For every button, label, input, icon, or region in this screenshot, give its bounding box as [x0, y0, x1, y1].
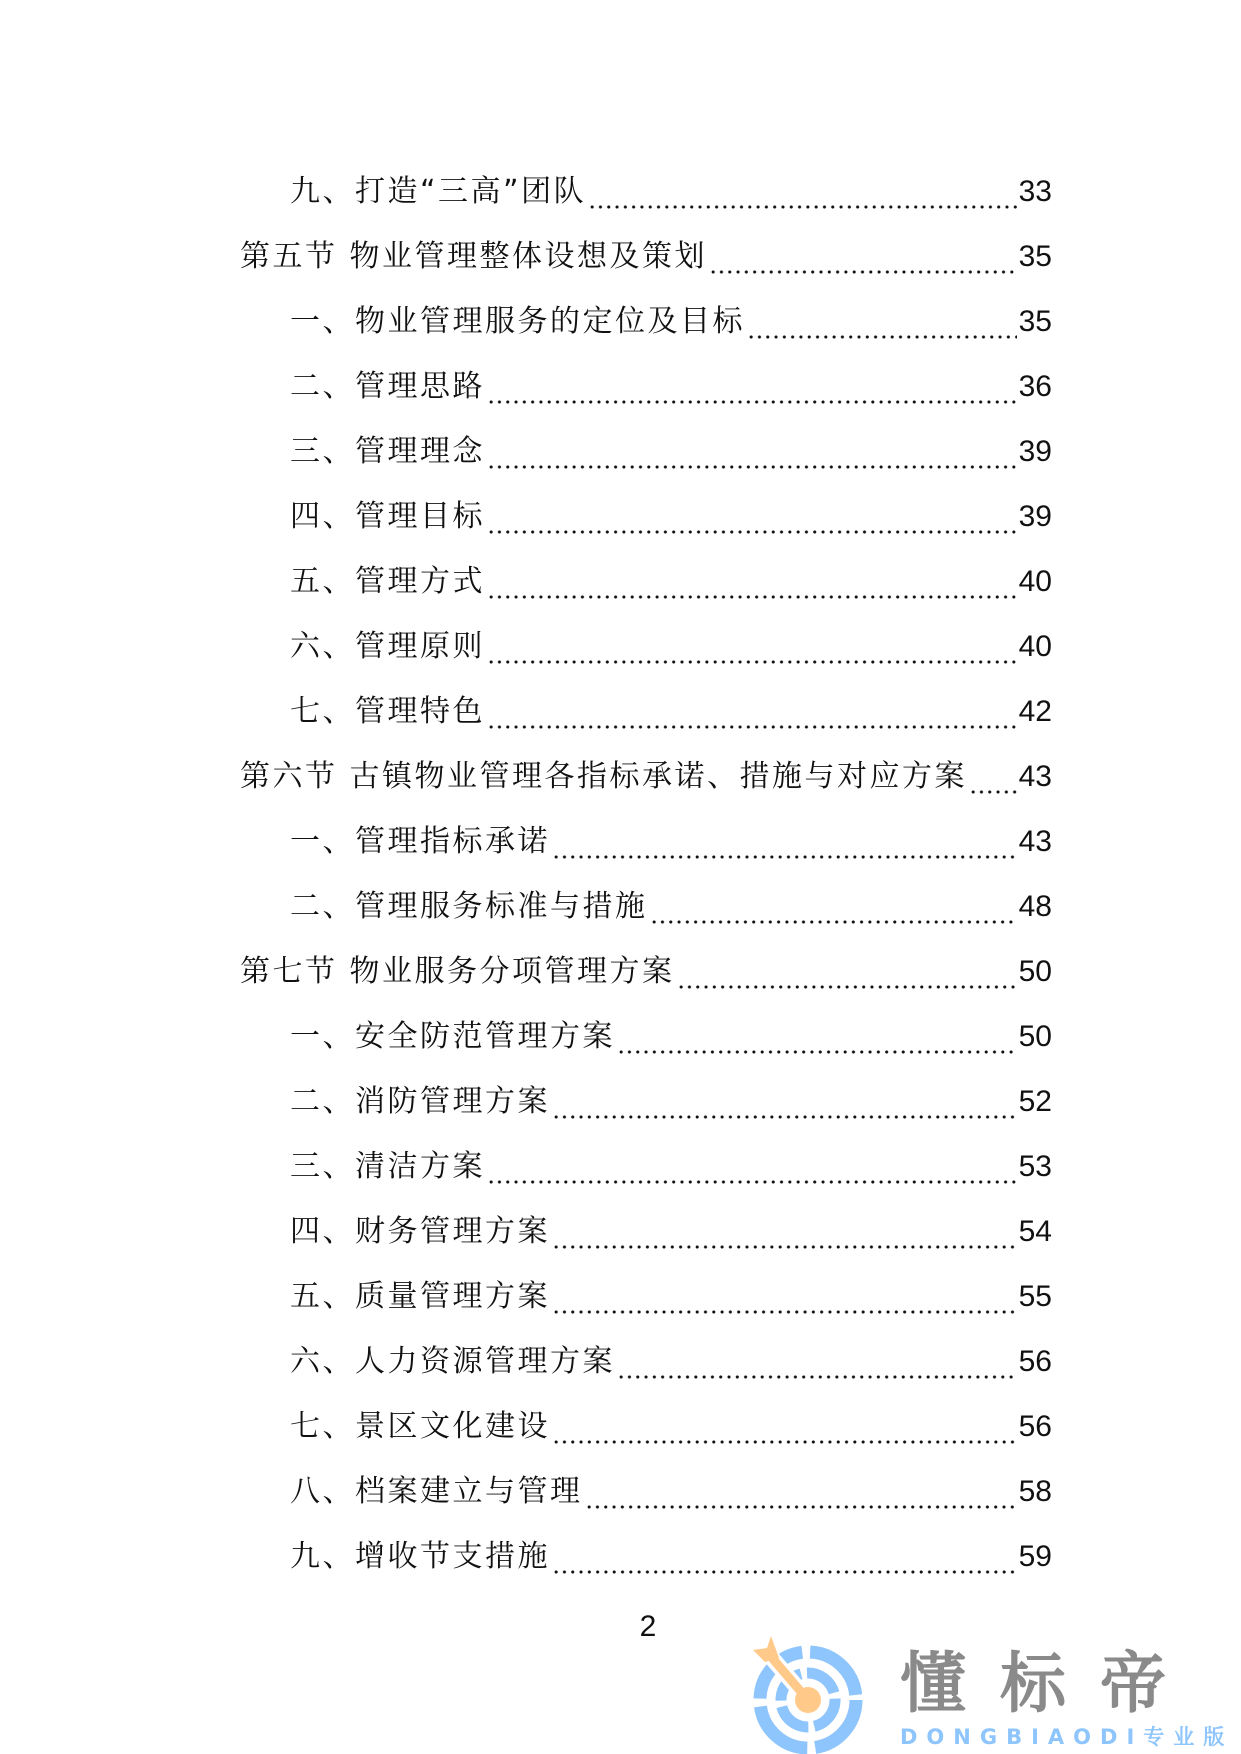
toc-entry-label: 二、管理服务标准与措施 [290, 874, 648, 939]
dot-leader [487, 549, 1017, 614]
toc-section-heading[interactable]: 第七节 物业服务分项管理方案 50 [240, 939, 1052, 1004]
dot-leader [487, 679, 1017, 744]
toc-entry-label: 七、景区文化建设 [290, 1394, 550, 1459]
toc-entry-page: 54 [1019, 1199, 1052, 1264]
dot-leader [617, 1004, 1017, 1069]
toc-entry-label: 一、管理指标承诺 [290, 809, 550, 874]
toc-entry[interactable]: 一、物业管理服务的定位及目标 35 [290, 289, 1052, 354]
toc-entry-page: 56 [1019, 1329, 1052, 1394]
watermark-brand-name: 懂标帝 [900, 1648, 1220, 1720]
toc-entry-page: 52 [1019, 1069, 1052, 1134]
toc-entry-label: 三、清洁方案 [290, 1134, 485, 1199]
toc-entry-label: 第七节 物业服务分项管理方案 [240, 939, 675, 1004]
toc-entry-page: 40 [1019, 614, 1052, 679]
toc-entry-page: 58 [1019, 1459, 1052, 1524]
toc-section-heading[interactable]: 第五节 物业管理整体设想及策划 35 [240, 224, 1052, 289]
dot-leader [552, 1199, 1017, 1264]
toc-entry[interactable]: 七、景区文化建设 56 [290, 1394, 1052, 1459]
toc-entry-page: 33 [1019, 159, 1052, 224]
dot-leader [487, 354, 1017, 419]
toc-entry-label: 一、物业管理服务的定位及目标 [290, 289, 745, 354]
toc-entry-label: 九、打造“三高”团队 [290, 159, 586, 224]
toc-entry-label: 五、管理方式 [290, 549, 485, 614]
toc-entry-page: 35 [1019, 224, 1052, 289]
watermark-subtitle: DONGBIAODI专业版 [900, 1724, 1220, 1750]
toc-entry[interactable]: 五、质量管理方案 55 [290, 1264, 1052, 1329]
dot-leader [677, 939, 1017, 1004]
toc-entry-page: 39 [1019, 484, 1052, 549]
toc-entry-label: 六、人力资源管理方案 [290, 1329, 615, 1394]
watermark-logo: 懂标帝 DONGBIAODI专业版 [745, 1636, 1241, 1754]
toc-entry-label: 第六节 古镇物业管理各指标承诺、措施与对应方案 [240, 744, 967, 809]
toc-entry-label: 二、消防管理方案 [290, 1069, 550, 1134]
dot-leader [969, 744, 1017, 809]
toc-entry-page: 53 [1019, 1134, 1052, 1199]
toc-entry-label: 六、管理原则 [290, 614, 485, 679]
toc-entry[interactable]: 三、管理理念 39 [290, 419, 1052, 484]
toc-entry[interactable]: 二、管理思路 36 [290, 354, 1052, 419]
toc-entry-page: 36 [1019, 354, 1052, 419]
toc-entry[interactable]: 四、财务管理方案 54 [290, 1199, 1052, 1264]
toc-entry[interactable]: 七、管理特色 42 [290, 679, 1052, 744]
dot-leader [588, 159, 1017, 224]
toc-entry-page: 56 [1019, 1394, 1052, 1459]
toc-entry-page: 35 [1019, 289, 1052, 354]
toc-section-heading[interactable]: 第六节 古镇物业管理各指标承诺、措施与对应方案 43 [240, 744, 1052, 809]
dot-leader [552, 1069, 1017, 1134]
toc-entry-page: 40 [1019, 549, 1052, 614]
toc-entry[interactable]: 九、打造“三高”团队 33 [290, 159, 1052, 224]
toc-entry[interactable]: 二、消防管理方案 52 [290, 1069, 1052, 1134]
dot-leader [709, 224, 1017, 289]
dot-leader [552, 809, 1017, 874]
toc-entry-page: 39 [1019, 419, 1052, 484]
toc-entry-page: 50 [1019, 939, 1052, 1004]
dot-leader [552, 1394, 1017, 1459]
toc-entry[interactable]: 一、管理指标承诺 43 [290, 809, 1052, 874]
toc-entry[interactable]: 六、人力资源管理方案 56 [290, 1329, 1052, 1394]
toc-entry-page: 48 [1019, 874, 1052, 939]
toc-entry-label: 七、管理特色 [290, 679, 485, 744]
dot-leader [617, 1329, 1017, 1394]
toc-entry-page: 43 [1019, 744, 1052, 809]
dot-leader [487, 419, 1017, 484]
dot-leader [552, 1264, 1017, 1329]
toc-entry[interactable]: 二、管理服务标准与措施 48 [290, 874, 1052, 939]
toc-entry-label: 三、管理理念 [290, 419, 485, 484]
dot-leader [487, 1134, 1017, 1199]
toc-entry[interactable]: 六、管理原则 40 [290, 614, 1052, 679]
dot-leader [650, 874, 1017, 939]
toc-entry-page: 43 [1019, 809, 1052, 874]
page-number: 2 [636, 1610, 660, 1644]
toc-entry-page: 50 [1019, 1004, 1052, 1069]
toc-entry[interactable]: 三、清洁方案 53 [290, 1134, 1052, 1199]
toc-entry-label: 八、档案建立与管理 [290, 1459, 583, 1524]
target-arrow-icon [745, 1636, 871, 1754]
dot-leader [487, 484, 1017, 549]
toc-entry-label: 第五节 物业管理整体设想及策划 [240, 224, 707, 289]
toc-entry[interactable]: 八、档案建立与管理 58 [290, 1459, 1052, 1524]
toc-entry-label: 四、财务管理方案 [290, 1199, 550, 1264]
toc-entry-label: 一、安全防范管理方案 [290, 1004, 615, 1069]
toc-entry-page: 55 [1019, 1264, 1052, 1329]
toc-entry-label: 四、管理目标 [290, 484, 485, 549]
dot-leader [747, 289, 1017, 354]
dot-leader [487, 614, 1017, 679]
toc-entry[interactable]: 五、管理方式 40 [290, 549, 1052, 614]
dot-leader [552, 1524, 1017, 1589]
toc-entry-page: 42 [1019, 679, 1052, 744]
toc-entry-label: 二、管理思路 [290, 354, 485, 419]
toc-entry-page: 59 [1019, 1524, 1052, 1589]
dot-leader [585, 1459, 1017, 1524]
toc-entry-label: 五、质量管理方案 [290, 1264, 550, 1329]
toc-entry[interactable]: 九、增收节支措施 59 [290, 1524, 1052, 1589]
toc-entry[interactable]: 四、管理目标 39 [290, 484, 1052, 549]
toc-entry-label: 九、增收节支措施 [290, 1524, 550, 1589]
toc-entry[interactable]: 一、安全防范管理方案 50 [290, 1004, 1052, 1069]
